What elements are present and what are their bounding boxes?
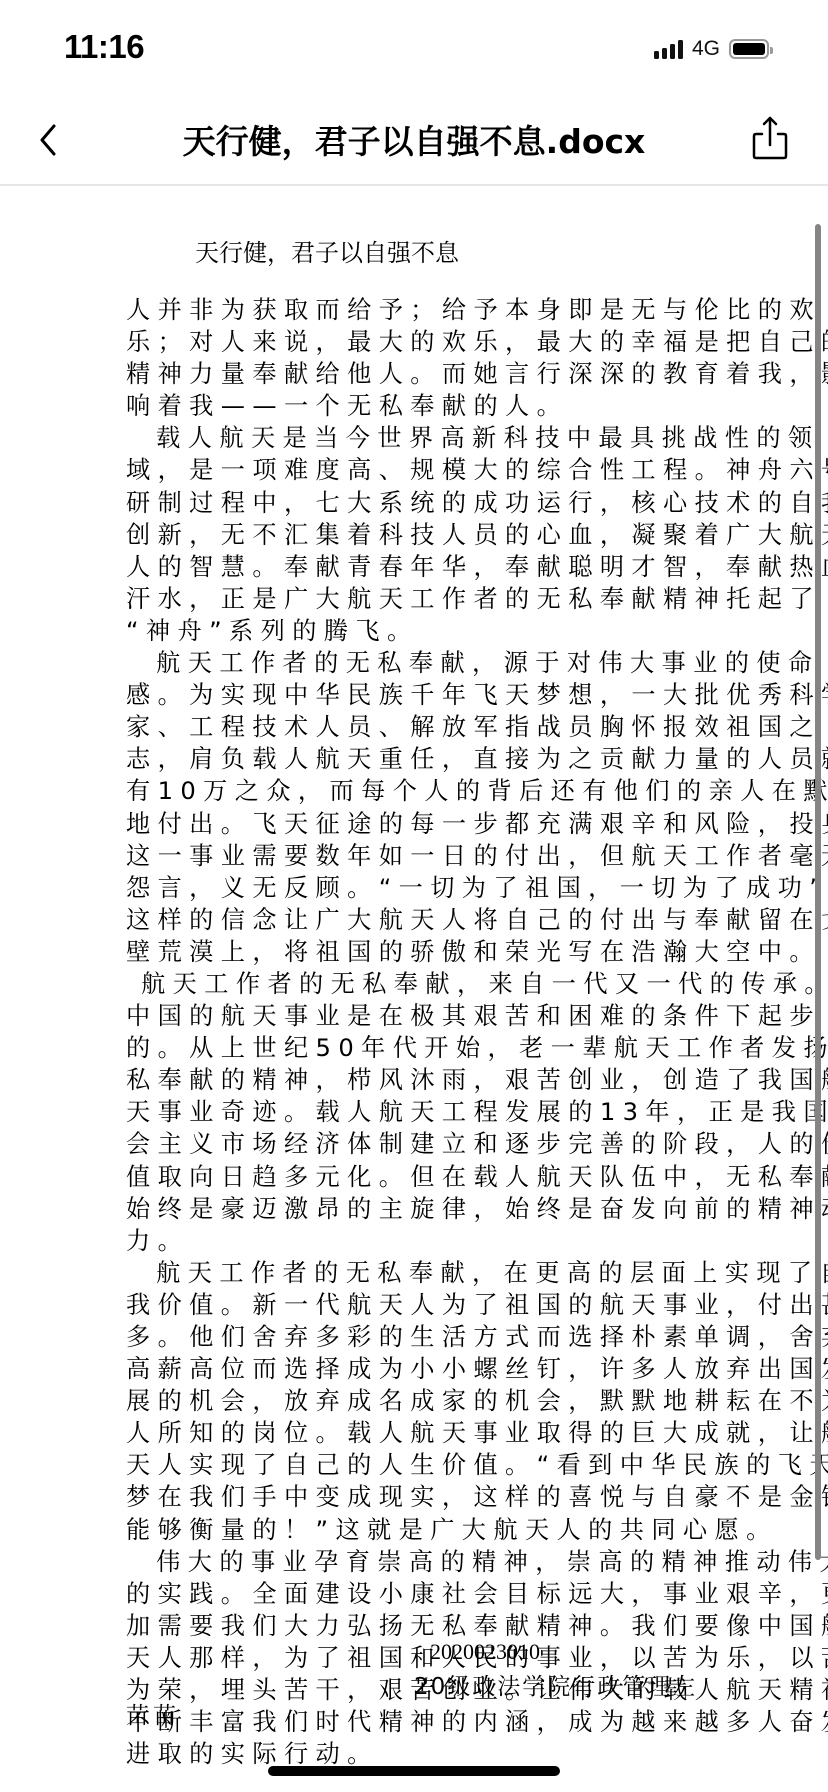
document-line: 这样的信念让广大航天人将自己的付出与奉献留在戈 — [126, 904, 706, 936]
document-line: 创新，无不汇集着科技人员的心血，凝聚着广大航天 — [126, 519, 706, 551]
share-button[interactable] — [748, 112, 792, 162]
document-line: 中国的航天事业是在极其艰苦和困难的条件下起步 — [126, 1000, 706, 1032]
document-line: 壁荒漠上，将祖国的骄傲和荣光写在浩瀚大空中。 — [126, 936, 706, 968]
document-line: 我价值。新一代航天人为了祖国的航天事业，付出甚 — [126, 1289, 706, 1321]
document-line: 天人实现了自己的人生价值。“看到中华民族的飞天 — [126, 1449, 706, 1481]
nav-bar: 天行健，君子以自强不息.docx — [0, 96, 828, 186]
document-body: 人并非为获取而给予；给予本身即是无与伦比的欢乐；对人来说，最大的欢乐，最大的幸福… — [126, 294, 706, 1770]
share-icon — [748, 112, 792, 162]
document-line: 汗水，正是广大航天工作者的无私奉献精神托起了 — [126, 583, 706, 615]
network-type: 4G — [692, 37, 720, 61]
document-line: 域，是一项难度高、规模大的综合性工程。神舟六号 — [126, 454, 706, 486]
document-line: 展的机会，放弃成名成家的机会，默默地耕耘在不为 — [126, 1385, 706, 1417]
document-line: 高薪高位而选择成为小小螺丝钉，许多人放弃出国发 — [126, 1353, 706, 1385]
document-line: 天事业奇迹。载人航天工程发展的13年，正是我国社 — [126, 1096, 706, 1128]
document-filename: 天行健，君子以自强不息.docx — [0, 116, 828, 163]
document-line: 私奉献的精神，栉风沐雨，艰苦创业，创造了我国航 — [126, 1064, 706, 1096]
signature-affiliation: 20级政法学院行政管理左 — [414, 1668, 697, 1701]
document-line: 精神力量奉献给他人。而她言行深深的教育着我，影 — [126, 358, 706, 390]
signature-student-id: 2020023010 — [430, 1639, 540, 1665]
document-line: 会主义市场经济体制建立和逐步完善的阶段，人的价 — [126, 1128, 706, 1160]
document-line: 始终是豪迈激昂的主旋律，始终是奋发向前的精神动 — [126, 1193, 706, 1225]
document-line: 家、工程技术人员、解放军指战员胸怀报效祖国之 — [126, 711, 706, 743]
document-line: 响着我——一个无私奉献的人。 — [126, 390, 706, 422]
status-time: 11:16 — [64, 28, 144, 66]
document-line: 感。为实现中华民族千年飞天梦想，一大批优秀科学 — [126, 679, 706, 711]
document-line: 载人航天是当今世界高新科技中最具挑战性的领 — [126, 422, 706, 454]
document-line: 不断丰富我们时代精神的内涵，成为越来越多人奋发 — [126, 1706, 706, 1738]
document-line: 志，肩负载人航天重任，直接为之贡献力量的人员就 — [126, 743, 706, 775]
document-line: 的。从上世纪50年代开始，老一辈航天工作者发扬无 — [126, 1032, 706, 1064]
document-line: 值取向日趋多元化。但在载人航天队伍中，无私奉献 — [126, 1161, 706, 1193]
document-line: 多。他们舍弃多彩的生活方式而选择朴素单调，舍弃 — [126, 1321, 706, 1353]
document-line: 研制过程中，七大系统的成功运行，核心技术的自我 — [126, 487, 706, 519]
document-line: 人并非为获取而给予；给予本身即是无与伦比的欢 — [126, 294, 706, 326]
vertical-scrollbar[interactable] — [815, 224, 821, 1560]
document-line: 乐；对人来说，最大的欢乐，最大的幸福是把自己的 — [126, 326, 706, 358]
status-bar: 11:16 4G — [0, 0, 828, 96]
document-line: 的实践。全面建设小康社会目标远大，事业艰辛，更 — [126, 1578, 706, 1610]
document-line: 地付出。飞天征途的每一步都充满艰辛和风险，投身 — [126, 808, 706, 840]
document-line: 航天工作者的无私奉献，来自一代又一代的传承。 — [126, 968, 706, 1000]
document-line: “神舟”系列的腾飞。 — [126, 615, 706, 647]
document-line: 怨言，义无反顾。“一切为了祖国，一切为了成功”， — [126, 872, 706, 904]
signature-name: 苗苗 — [126, 1697, 180, 1730]
status-indicators: 4G — [654, 36, 769, 62]
document-line: 航天工作者的无私奉献，在更高的层面上实现了自 — [126, 1257, 706, 1289]
document-line: 这一事业需要数年如一日的付出，但航天工作者毫无 — [126, 840, 706, 872]
document-line: 能够衡量的！”这就是广大航天人的共同心愿。 — [126, 1514, 706, 1546]
document-line: 加需要我们大力弘扬无私奉献精神。我们要像中国航 — [126, 1610, 706, 1642]
document-line: 人的智慧。奉献青春年华，奉献聪明才智，奉献热血 — [126, 551, 706, 583]
document-view[interactable]: 天行健，君子以自强不息 人并非为获取而给予；给予本身即是无与伦比的欢乐；对人来说… — [0, 186, 828, 1746]
home-indicator[interactable] — [268, 1766, 560, 1776]
document-line: 力。 — [126, 1225, 706, 1257]
document-line: 梦在我们手中变成现实，这样的喜悦与自豪不是金钱 — [126, 1481, 706, 1513]
battery-icon — [729, 39, 769, 59]
document-line: 人所知的岗位。载人航天事业取得的巨大成就，让航 — [126, 1417, 706, 1449]
document-line: 航天工作者的无私奉献，源于对伟大事业的使命 — [126, 647, 706, 679]
document-title: 天行健，君子以自强不息 — [195, 236, 459, 270]
document-line: 伟大的事业孕育崇高的精神，崇高的精神推动伟大 — [126, 1546, 706, 1578]
signal-strength-icon — [654, 39, 683, 59]
document-line: 有10万之众，而每个人的背后还有他们的亲人在默默 — [126, 775, 706, 807]
